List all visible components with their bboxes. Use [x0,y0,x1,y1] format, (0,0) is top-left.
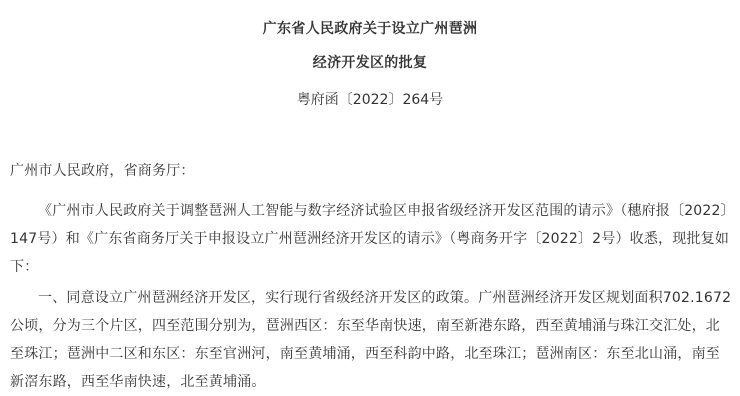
paragraph-request-reference: 《广州市人民政府关于调整琶洲人工智能与数字经济试验区申报省级经济开发区范围的请示… [10,197,732,281]
paragraph-approval-item-1: 一、同意设立广州琶洲经济开发区，实行现行省级经济开发区的政策。广州琶洲经济开发区… [10,284,732,396]
salutation: 广州市人民政府，省商务厅： [10,157,732,185]
document-title-line-1: 广东省人民政府关于设立广州琶洲 [0,18,740,38]
document-number: 粤府函〔2022〕264号 [0,89,740,109]
document-title-line-2: 经济开发区的批复 [0,52,740,72]
